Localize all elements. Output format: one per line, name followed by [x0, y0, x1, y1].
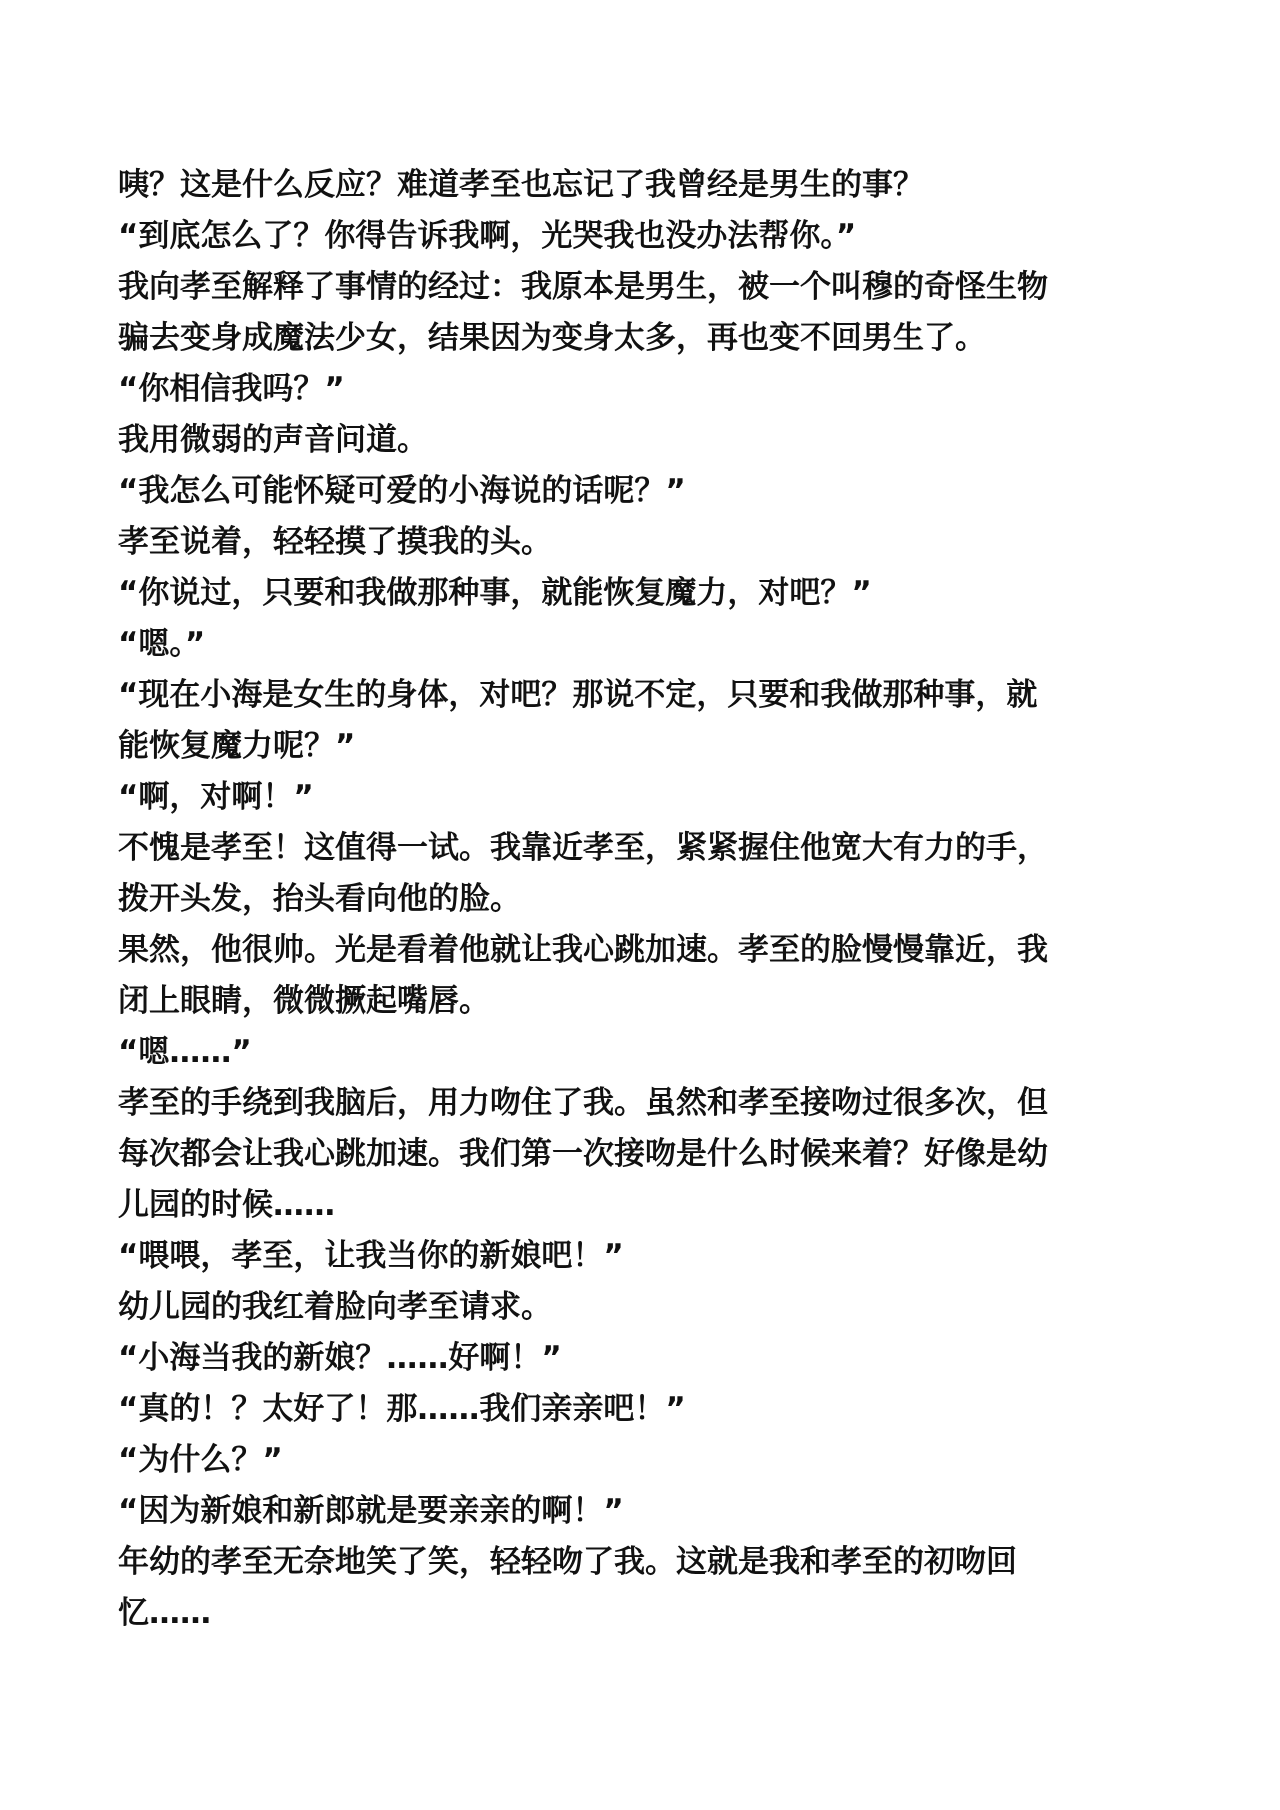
text-line: “嗯。”	[118, 619, 1178, 670]
text-line: 忆……	[118, 1588, 1178, 1639]
text-line: 骗去变身成魔法少女，结果因为变身太多，再也变不回男生了。	[118, 313, 1178, 364]
text-line: “到底怎么了？你得告诉我啊，光哭我也没办法帮你。”	[118, 211, 1178, 262]
text-line: 我用微弱的声音问道。	[118, 415, 1178, 466]
text-line: 能恢复魔力呢？”	[118, 721, 1178, 772]
text-line: “嗯……”	[118, 1027, 1178, 1078]
text-line: “真的！？太好了！那……我们亲亲吧！”	[118, 1384, 1178, 1435]
text-line: 我向孝至解释了事情的经过：我原本是男生，被一个叫穆的奇怪生物	[118, 262, 1178, 313]
text-line: 年幼的孝至无奈地笑了笑，轻轻吻了我。这就是我和孝至的初吻回	[118, 1537, 1178, 1588]
document-page: 咦？这是什么反应？难道孝至也忘记了我曾经是男生的事？ “到底怎么了？你得告诉我啊…	[118, 160, 1178, 1639]
text-line: 每次都会让我心跳加速。我们第一次接吻是什么时候来着？好像是幼	[118, 1129, 1178, 1180]
text-line: “喂喂，孝至，让我当你的新娘吧！”	[118, 1231, 1178, 1282]
text-line: 孝至的手绕到我脑后，用力吻住了我。虽然和孝至接吻过很多次，但	[118, 1078, 1178, 1129]
text-line: “你说过，只要和我做那种事，就能恢复魔力，对吧？”	[118, 568, 1178, 619]
text-line: 拨开头发，抬头看向他的脸。	[118, 874, 1178, 925]
text-line: 孝至说着，轻轻摸了摸我的头。	[118, 517, 1178, 568]
text-line: 闭上眼睛，微微撅起嘴唇。	[118, 976, 1178, 1027]
text-line: “因为新娘和新郎就是要亲亲的啊！”	[118, 1486, 1178, 1537]
text-line: “我怎么可能怀疑可爱的小海说的话呢？”	[118, 466, 1178, 517]
text-line: 果然，他很帅。光是看着他就让我心跳加速。孝至的脸慢慢靠近，我	[118, 925, 1178, 976]
text-line: 儿园的时候……	[118, 1180, 1178, 1231]
text-line: 不愧是孝至！这值得一试。我靠近孝至，紧紧握住他宽大有力的手，	[118, 823, 1178, 874]
text-line: “你相信我吗？”	[118, 364, 1178, 415]
text-line: “为什么？”	[118, 1435, 1178, 1486]
text-line: “小海当我的新娘？……好啊！”	[118, 1333, 1178, 1384]
text-line: “啊，对啊！”	[118, 772, 1178, 823]
text-line: 咦？这是什么反应？难道孝至也忘记了我曾经是男生的事？	[118, 160, 1178, 211]
text-line: “现在小海是女生的身体，对吧？那说不定，只要和我做那种事，就	[118, 670, 1178, 721]
text-line: 幼儿园的我红着脸向孝至请求。	[118, 1282, 1178, 1333]
